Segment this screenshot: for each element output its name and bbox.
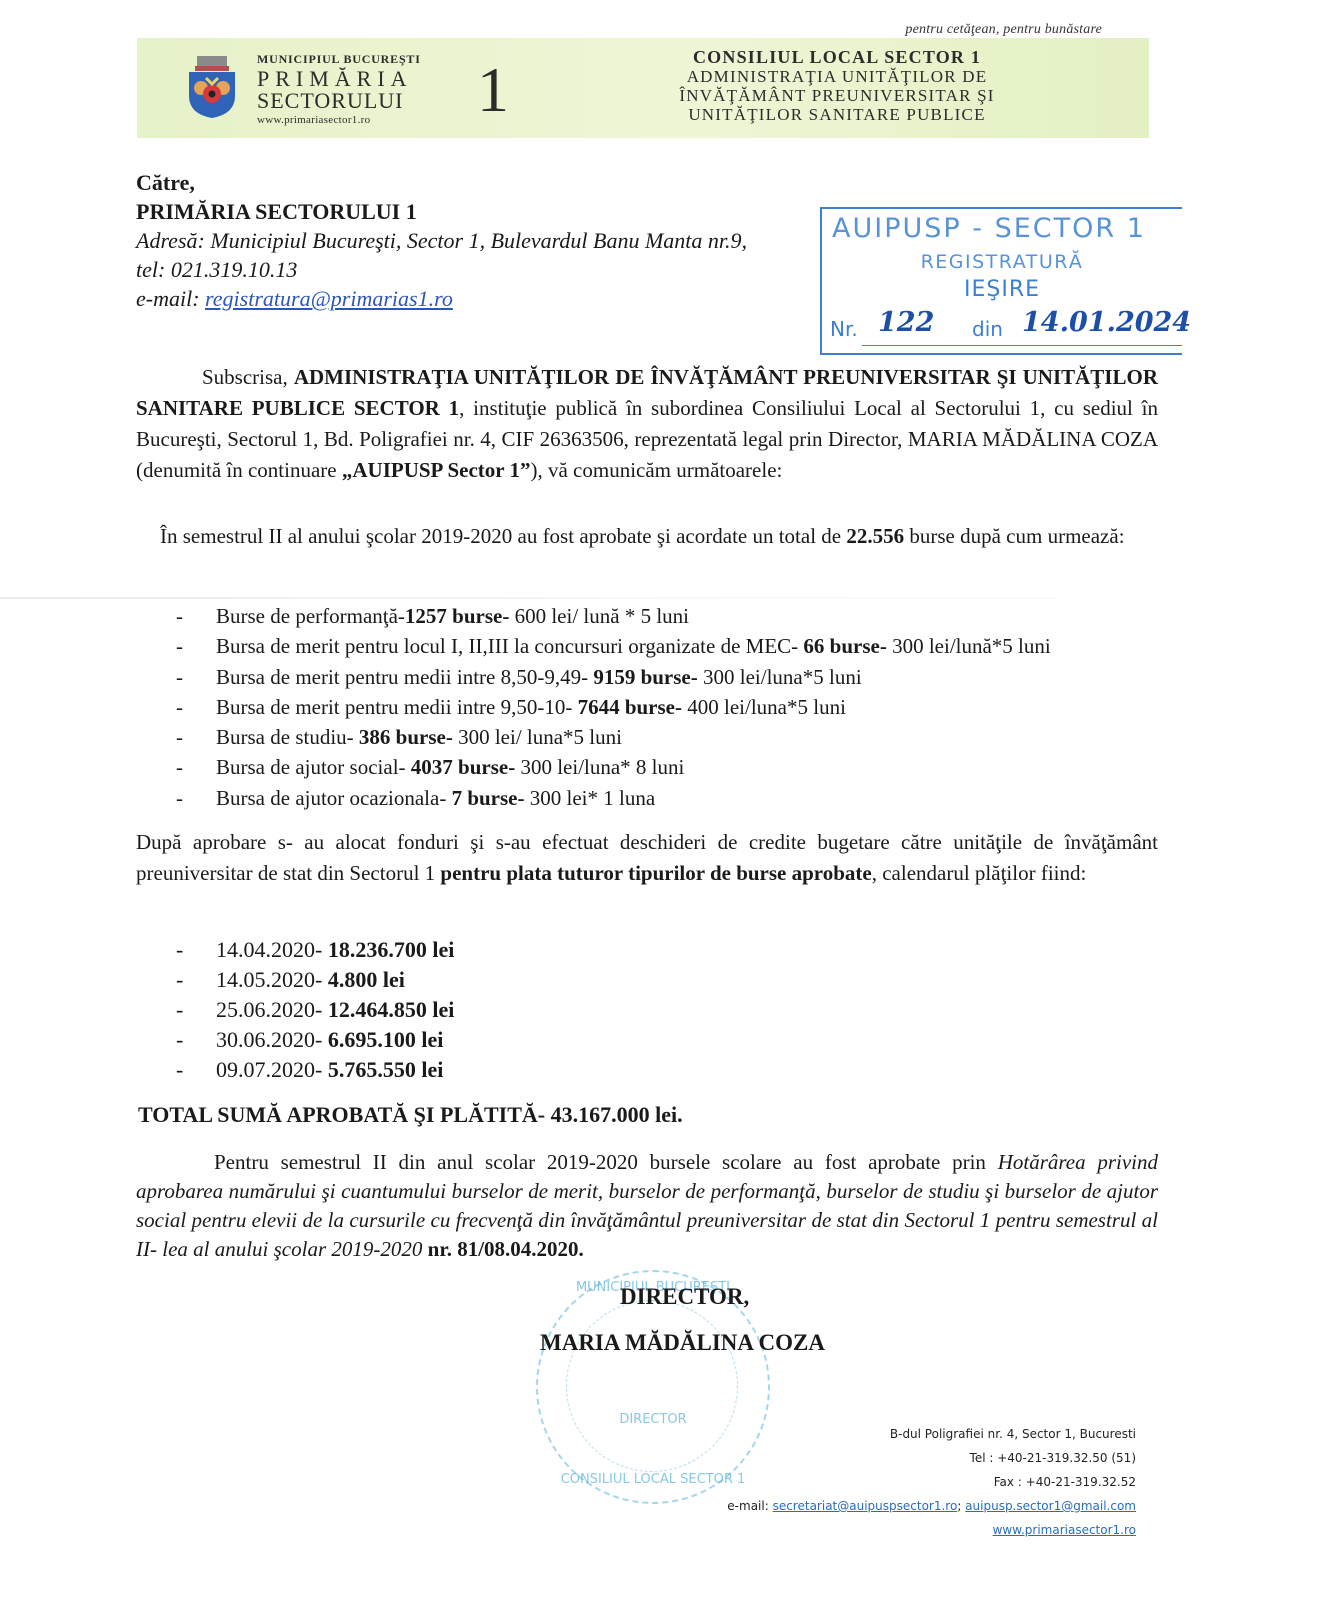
scan-fold-line bbox=[0, 597, 1320, 599]
payment-text: 14.05.2020- 4.800 lei bbox=[216, 965, 405, 995]
scholarship-text: Burse de performanţă-1257 burse- 600 lei… bbox=[216, 601, 689, 631]
payment-date: 09.07.2020- bbox=[216, 1057, 328, 1082]
scholarship-item: -Bursa de studiu- 386 burse- 300 lei/ lu… bbox=[176, 722, 1176, 752]
scholarship-list: -Burse de performanţă-1257 burse- 600 le… bbox=[176, 601, 1176, 813]
council-line2: ADMINISTRAŢIA UNITĂŢILOR DE bbox=[577, 67, 1097, 86]
funding-paragraph: După aprobare s- au alocat fonduri şi s-… bbox=[136, 827, 1158, 889]
addressee-tel: tel: 021.319.10.13 bbox=[136, 255, 747, 284]
footer-contact: B-dul Poligrafiei nr. 4, Sector 1, Bucur… bbox=[727, 1422, 1136, 1542]
summary-paragraph: În semestrul II al anului şcolar 2019-20… bbox=[136, 521, 1158, 552]
addressee-email-line: e-mail: registratura@primarias1.ro bbox=[136, 284, 747, 313]
addressee-name: PRIMĂRIA SECTORULUI 1 bbox=[136, 197, 747, 226]
list-dash: - bbox=[176, 662, 216, 692]
payment-text: 14.04.2020- 18.236.700 lei bbox=[216, 935, 454, 965]
footer-email1-link[interactable]: secretariat@auipuspsector1.ro bbox=[773, 1499, 958, 1513]
footer-address: B-dul Poligrafiei nr. 4, Sector 1, Bucur… bbox=[727, 1422, 1136, 1446]
signature-title: DIRECTOR, bbox=[620, 1284, 749, 1310]
scholarship-text: Bursa de ajutor social- 4037 burse- 300 … bbox=[216, 752, 684, 782]
footer-email2-link[interactable]: auipusp.sector1@gmail.com bbox=[965, 1499, 1136, 1513]
scholarship-item: -Bursa de merit pentru locul I, II,III l… bbox=[176, 631, 1176, 661]
council-line3: ÎNVĂŢĂMÂNT PREUNIVERSITAR ŞI bbox=[577, 86, 1097, 105]
payment-amount: 6.695.100 lei bbox=[328, 1027, 444, 1052]
payment-item: -14.05.2020- 4.800 lei bbox=[176, 965, 454, 995]
payment-item: -25.06.2020- 12.464.850 lei bbox=[176, 995, 454, 1025]
payment-text: 09.07.2020- 5.765.550 lei bbox=[216, 1055, 443, 1085]
funding-post: , calendarul plăţilor fiind: bbox=[872, 861, 1087, 885]
footer-website-link[interactable]: www.primariasector1.ro bbox=[993, 1523, 1136, 1537]
decision-paragraph: Pentru semestrul II din anul scolar 2019… bbox=[136, 1148, 1158, 1264]
decision-number: nr. 81/08.04.2020. bbox=[422, 1237, 583, 1261]
council-line4: UNITĂŢILOR SANITARE PUBLICE bbox=[577, 105, 1097, 124]
payment-text: 25.06.2020- 12.464.850 lei bbox=[216, 995, 454, 1025]
signature-name: MARIA MĂDĂLINA COZA bbox=[540, 1330, 825, 1356]
brand-line1: PRIMĂRIA bbox=[257, 68, 421, 90]
stamp-nr-label: Nr. bbox=[830, 317, 858, 341]
scholarship-item: -Burse de performanţă-1257 burse- 600 le… bbox=[176, 601, 1176, 631]
intro-paragraph: Subscrisa, ADMINISTRAŢIA UNITĂŢILOR DE Î… bbox=[136, 362, 1158, 486]
payment-date: 25.06.2020- bbox=[216, 997, 328, 1022]
summary-pre: În semestrul II al anului şcolar 2019-20… bbox=[160, 524, 846, 548]
brand-line2: SECTORULUI bbox=[257, 90, 421, 112]
scholarship-item: -Bursa de ajutor social- 4037 burse- 300… bbox=[176, 752, 1176, 782]
scholarship-item: -Bursa de merit pentru medii intre 8,50-… bbox=[176, 662, 1176, 692]
scholarship-text: Bursa de merit pentru medii intre 8,50-9… bbox=[216, 662, 862, 692]
payment-item: -14.04.2020- 18.236.700 lei bbox=[176, 935, 454, 965]
addressee-email-label: e-mail: bbox=[136, 286, 200, 311]
payment-amount: 12.464.850 lei bbox=[328, 997, 455, 1022]
payment-amount: 5.765.550 lei bbox=[328, 1057, 444, 1082]
summary-post: burse după cum urmează: bbox=[904, 524, 1124, 548]
payment-date: 14.05.2020- bbox=[216, 967, 328, 992]
header-motto: pentru cetăţean, pentru bunăstare bbox=[905, 22, 1102, 38]
list-dash: - bbox=[176, 722, 216, 752]
footer-fax: Fax : +40-21-319.32.52 bbox=[727, 1470, 1136, 1494]
list-dash: - bbox=[176, 752, 216, 782]
summary-total: 22.556 bbox=[846, 524, 904, 548]
list-dash: - bbox=[176, 601, 216, 631]
list-dash: - bbox=[176, 965, 216, 995]
addressee-address: Adresă: Municipiul Bucureşti, Sector 1, … bbox=[136, 226, 747, 255]
intro-rest2: ), vă comunicăm următoarele: bbox=[530, 458, 782, 482]
payment-amount: 4.800 lei bbox=[328, 967, 405, 992]
scholarship-text: Bursa de ajutor ocazionala- 7 burse- 300… bbox=[216, 783, 655, 813]
payment-text: 30.06.2020- 6.695.100 lei bbox=[216, 1025, 443, 1055]
brand-number: 1 bbox=[477, 58, 509, 122]
addressee-salutation: Către, bbox=[136, 168, 747, 197]
council-title: CONSILIUL LOCAL SECTOR 1 ADMINISTRAŢIA U… bbox=[577, 48, 1097, 124]
seal-inner-ring bbox=[566, 1300, 738, 1472]
footer-email-separator: ; bbox=[957, 1499, 965, 1513]
list-dash: - bbox=[176, 631, 216, 661]
payment-item: -09.07.2020- 5.765.550 lei bbox=[176, 1055, 454, 1085]
footer-email-label: e-mail: bbox=[727, 1499, 772, 1513]
brand-website: www.primariasector1.ro bbox=[257, 114, 421, 126]
stamp-date-label: din bbox=[972, 317, 1003, 341]
footer-tel: Tel : +40-21-319.32.50 (51) bbox=[727, 1446, 1136, 1470]
payment-date: 14.04.2020- bbox=[216, 937, 328, 962]
stamp-date-value: 14.01.2024 bbox=[1022, 307, 1191, 338]
payment-list: -14.04.2020- 18.236.700 lei-14.05.2020- … bbox=[176, 935, 454, 1085]
registry-stamp: AUIPUSP - SECTOR 1 REGISTRATURĂ IEŞIRE N… bbox=[820, 207, 1182, 355]
addressee-block: Către, PRIMĂRIA SECTORULUI 1 Adresă: Mun… bbox=[136, 168, 747, 313]
intro-alias: „AUIPUSP Sector 1” bbox=[342, 458, 531, 482]
payment-date: 30.06.2020- bbox=[216, 1027, 328, 1052]
list-dash: - bbox=[176, 1025, 216, 1055]
stamp-nr-value: 122 bbox=[878, 307, 934, 338]
scholarship-item: -Bursa de merit pentru medii intre 9,50-… bbox=[176, 692, 1176, 722]
list-dash: - bbox=[176, 1055, 216, 1085]
addressee-email-link[interactable]: registratura@primarias1.ro bbox=[205, 286, 453, 311]
list-dash: - bbox=[176, 783, 216, 813]
scholarship-text: Bursa de studiu- 386 burse- 300 lei/ lun… bbox=[216, 722, 622, 752]
header-banner: MUNICIPIUL BUCUREŞTI PRIMĂRIA SECTORULUI… bbox=[137, 38, 1149, 138]
footer-email-line: e-mail: secretariat@auipuspsector1.ro; a… bbox=[727, 1494, 1136, 1518]
council-line1: CONSILIUL LOCAL SECTOR 1 bbox=[577, 48, 1097, 67]
scholarship-text: Bursa de merit pentru locul I, II,III la… bbox=[216, 631, 1051, 661]
intro-lead: Subscrisa, bbox=[202, 365, 288, 389]
stamp-line3: IEŞIRE bbox=[822, 277, 1182, 302]
list-dash: - bbox=[176, 935, 216, 965]
total-amount: TOTAL SUMĂ APROBATĂ ŞI PLĂTITĂ- 43.167.0… bbox=[138, 1102, 683, 1128]
brand-municipality: MUNICIPIUL BUCUREŞTI bbox=[257, 52, 421, 67]
list-dash: - bbox=[176, 995, 216, 1025]
scholarship-text: Bursa de merit pentru medii intre 9,50-1… bbox=[216, 692, 846, 722]
list-dash: - bbox=[176, 692, 216, 722]
stamp-line2: REGISTRATURĂ bbox=[822, 251, 1182, 273]
stamp-line1: AUIPUSP - SECTOR 1 bbox=[832, 213, 1146, 244]
payment-item: -30.06.2020- 6.695.100 lei bbox=[176, 1025, 454, 1055]
funding-bold: pentru plata tuturor tipurilor de burse … bbox=[440, 861, 871, 885]
primaria-brand: MUNICIPIUL BUCUREŞTI PRIMĂRIA SECTORULUI… bbox=[257, 52, 421, 126]
stamp-underline bbox=[862, 345, 1182, 346]
scholarship-item: -Bursa de ajutor ocazionala- 7 burse- 30… bbox=[176, 783, 1176, 813]
coat-of-arms-icon bbox=[181, 54, 243, 120]
decision-pre: Pentru semestrul II din anul scolar 2019… bbox=[214, 1150, 998, 1174]
payment-amount: 18.236.700 lei bbox=[328, 937, 455, 962]
